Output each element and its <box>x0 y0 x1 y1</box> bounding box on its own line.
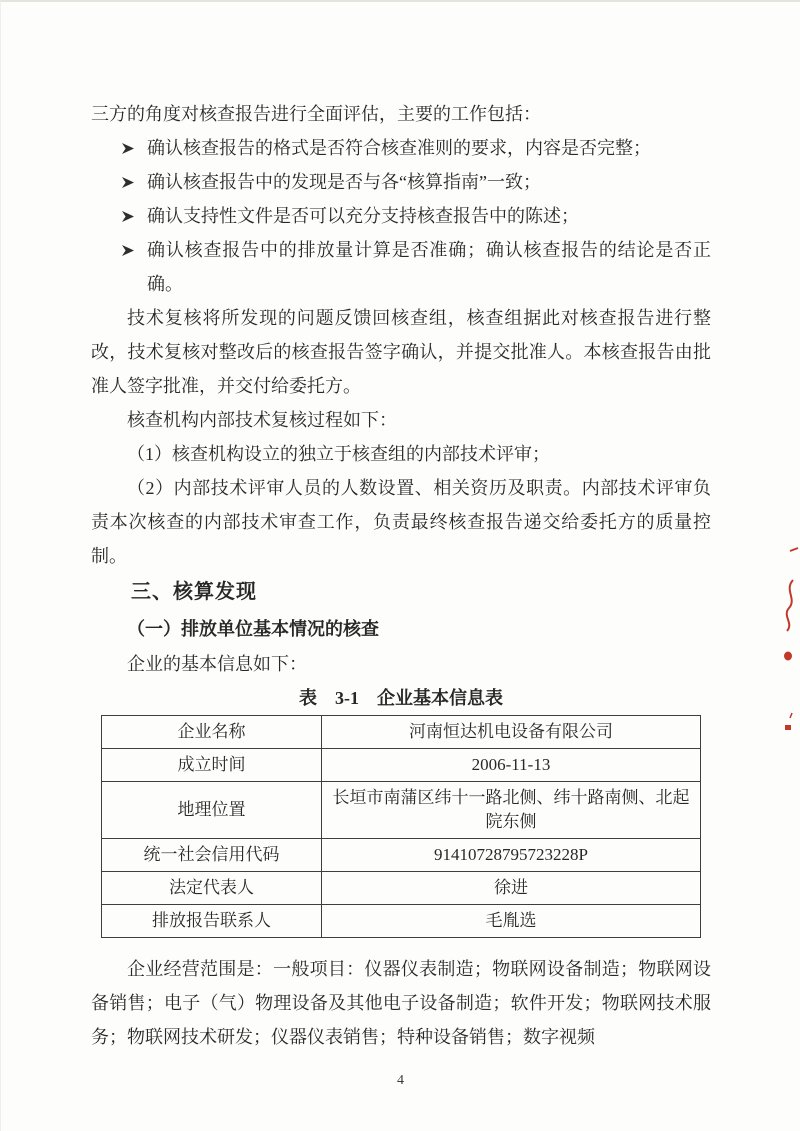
bullet-text: 确认核查报告中的排放量计算是否准确；确认核查报告的结论是否正确。 <box>147 233 711 301</box>
row-value: 91410728795723228P <box>322 839 701 872</box>
subsection-heading: （一）排放单位基本情况的核查 <box>91 611 711 647</box>
document-page: 三方的角度对核查报告进行全面评估，主要的工作包括： 确认核查报告的格式是否符合核… <box>0 0 800 1131</box>
bullet-text: 确认支持性文件是否可以充分支持核查报告中的陈述； <box>147 199 711 233</box>
business-scope-paragraph: 企业经营范围是：一般项目：仪器仪表制造；物联网设备制造；物联网设备销售；电子（气… <box>91 952 711 1054</box>
body-paragraph: 核查机构内部技术复核过程如下： <box>91 403 711 437</box>
bullet-item: 确认支持性文件是否可以充分支持核查报告中的陈述； <box>121 199 711 233</box>
bullet-item: 确认核查报告的格式是否符合核查准则的要求，内容是否完整； <box>121 131 711 165</box>
arrowhead-right-icon <box>121 165 147 199</box>
company-info-table: 企业名称 河南恒达机电设备有限公司 成立时间 2006-11-13 地理位置 长… <box>101 715 701 938</box>
lead-paragraph: 企业的基本信息如下： <box>91 647 711 681</box>
bullet-item: 确认核查报告中的排放量计算是否准确；确认核查报告的结论是否正确。 <box>121 233 711 301</box>
row-value: 2006-11-13 <box>322 749 701 782</box>
arrowhead-right-icon <box>121 233 147 267</box>
table-row: 统一社会信用代码 91410728795723228P <box>102 839 701 872</box>
red-ink-marks <box>771 542 800 742</box>
row-label: 统一社会信用代码 <box>102 839 322 872</box>
table-row: 地理位置 长垣市南蒲区纬十一路北侧、纬十路南侧、北起院东侧 <box>102 782 701 839</box>
table-row: 排放报告联系人 毛胤选 <box>102 905 701 938</box>
row-value: 长垣市南蒲区纬十一路北侧、纬十路南侧、北起院东侧 <box>322 782 701 839</box>
row-value: 徐进 <box>322 872 701 905</box>
arrowhead-right-icon <box>121 199 147 233</box>
row-label: 地理位置 <box>102 782 322 839</box>
section-heading: 三、核算发现 <box>131 573 711 611</box>
table-caption: 表 3-1 企业基本信息表 <box>91 681 711 715</box>
page-content: 三方的角度对核查报告进行全面评估，主要的工作包括： 确认核查报告的格式是否符合核… <box>91 97 711 1054</box>
page-number: 4 <box>1 1073 800 1089</box>
row-value: 河南恒达机电设备有限公司 <box>322 716 701 749</box>
row-label: 成立时间 <box>102 749 322 782</box>
body-paragraph: （1）核查机构设立的独立于核查组的内部技术评审； <box>91 437 711 471</box>
bullet-text: 确认核查报告中的发现是否与各“核算指南”一致； <box>147 165 711 199</box>
table-row: 企业名称 河南恒达机电设备有限公司 <box>102 716 701 749</box>
row-label: 企业名称 <box>102 716 322 749</box>
bullet-text: 确认核查报告的格式是否符合核查准则的要求，内容是否完整； <box>147 131 711 165</box>
bullet-item: 确认核查报告中的发现是否与各“核算指南”一致； <box>121 165 711 199</box>
row-value: 毛胤选 <box>322 905 701 938</box>
table-row: 法定代表人 徐进 <box>102 872 701 905</box>
intro-paragraph: 三方的角度对核查报告进行全面评估，主要的工作包括： <box>91 97 711 131</box>
arrowhead-right-icon <box>121 131 147 165</box>
row-label: 排放报告联系人 <box>102 905 322 938</box>
body-paragraph: 技术复核将所发现的问题反馈回核查组，核查组据此对核查报告进行整改，技术复核对整改… <box>91 301 711 403</box>
row-label: 法定代表人 <box>102 872 322 905</box>
table-row: 成立时间 2006-11-13 <box>102 749 701 782</box>
body-paragraph: （2）内部技术评审人员的人数设置、相关资历及职责。内部技术评审负责本次核查的内部… <box>91 471 711 573</box>
